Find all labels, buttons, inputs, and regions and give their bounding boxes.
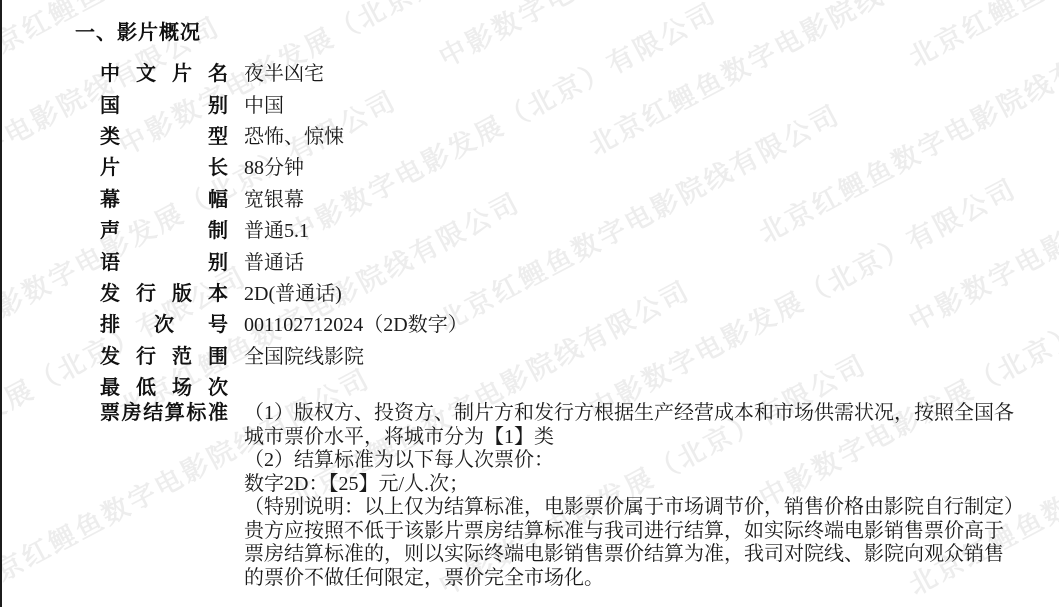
field-row-minimum-screenings: 最低场次 <box>100 370 1040 401</box>
field-value: 001102712024（2D数字） <box>244 308 468 337</box>
field-value: 全国院线影院 <box>244 340 364 369</box>
field-label: 类型 <box>100 120 228 149</box>
field-value: 2D(普通话) <box>244 277 342 306</box>
field-value: 普通5.1 <box>244 214 309 243</box>
field-row-release-version: 发行版本 2D(普通话) <box>100 276 1040 307</box>
settlement-line: 贵方应按照不低于该影片票房结算标准与我司进行结算，如实际终端电影销售票价高于 <box>244 520 1039 544</box>
field-label: 国别 <box>100 89 228 118</box>
field-label: 中文片名 <box>100 57 228 86</box>
field-row-release-number: 排次号 001102712024（2D数字） <box>100 307 1040 338</box>
field-value: 88分钟 <box>244 151 304 180</box>
field-label: 声制 <box>100 214 228 243</box>
field-label: 幕幅 <box>100 183 228 212</box>
field-label: 语别 <box>100 246 228 275</box>
field-value: 中国 <box>244 89 284 118</box>
settlement-line: 票房结算标准的，则以实际终端电影销售票价结算为准，我司对院线、影院向观众销售 <box>244 543 1039 567</box>
settlement-line: 数字2D：【25】元/人.次； <box>244 473 1039 497</box>
field-label: 发行版本 <box>100 277 228 306</box>
page-left-border <box>0 0 2 607</box>
field-label: 片长 <box>100 151 228 180</box>
field-row-genre: 类型 恐怖、惊悚 <box>100 119 1040 150</box>
document-page: 中影数字电影发展（北京）有限公司北京红鲤鱼数字电影院线有限公司中影数字电影发展（… <box>0 0 1059 607</box>
field-label: 票房结算标准 <box>100 402 228 426</box>
field-row-screen-format: 幕幅 宽银幕 <box>100 182 1040 213</box>
field-row-language: 语别 普通话 <box>100 244 1040 275</box>
field-label: 排次号 <box>100 308 228 337</box>
field-row-chinese-title: 中文片名 夜半凶宅 <box>100 56 1040 87</box>
settlement-line: 城市票价水平，将城市分为【1】类 <box>244 426 1039 450</box>
field-row-distribution-scope: 发行范围 全国院线影院 <box>100 339 1040 370</box>
document-content: 一、影片概况 中文片名 夜半凶宅 国别 中国 类型 恐怖、惊悚 片长 88分钟 … <box>0 0 1059 607</box>
field-list: 中文片名 夜半凶宅 国别 中国 类型 恐怖、惊悚 片长 88分钟 幕幅 宽银幕 … <box>100 56 1040 590</box>
field-row-settlement-standard: 票房结算标准 （1）版权方、投资方、制片方和发行方根据生产经营成本和市场供需状况… <box>100 402 1040 590</box>
section-title: 一、影片概况 <box>75 16 201 45</box>
field-label: 发行范围 <box>100 340 228 369</box>
settlement-line: （1）版权方、投资方、制片方和发行方根据生产经营成本和市场供需状况，按照全国各 <box>244 402 1039 426</box>
field-value: 普通话 <box>244 246 304 275</box>
field-row-sound-format: 声制 普通5.1 <box>100 213 1040 244</box>
settlement-line: （特别说明：以上仅为结算标准，电影票价属于市场调节价，销售价格由影院自行制定） <box>244 496 1039 520</box>
settlement-line: 的票价不做任何限定，票价完全市场化。 <box>244 567 1039 591</box>
field-row-country: 国别 中国 <box>100 87 1040 118</box>
field-value: 宽银幕 <box>244 183 304 212</box>
settlement-paragraph: （1）版权方、投资方、制片方和发行方根据生产经营成本和市场供需状况，按照全国各 … <box>244 402 1039 590</box>
settlement-line: （2）结算标准为以下每人次票价： <box>244 449 1039 473</box>
field-value: 夜半凶宅 <box>244 57 324 86</box>
field-label: 最低场次 <box>100 371 228 400</box>
field-value: 恐怖、惊悚 <box>244 120 344 149</box>
field-row-runtime: 片长 88分钟 <box>100 150 1040 181</box>
